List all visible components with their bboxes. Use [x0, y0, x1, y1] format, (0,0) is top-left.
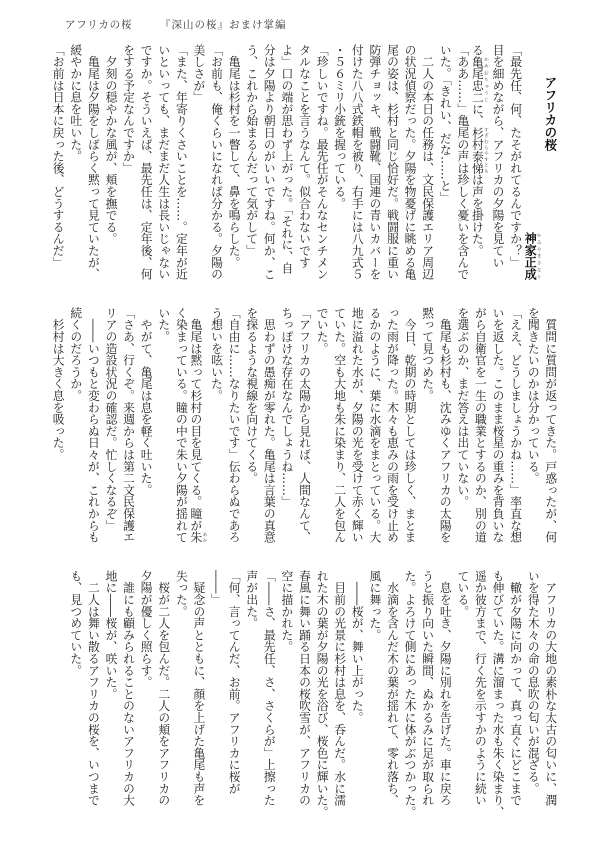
text-column: った雨が降った。木々も恵みの雨を受け止め [383, 307, 401, 543]
text-column: ていた。空も大地も朱に染まり、二人を包ん [330, 307, 348, 543]
author-name-reading: かみやまさなり [536, 232, 541, 280]
text-column: 質問に質問が返ってきた。戸惑ったが、何 [541, 307, 559, 543]
text-column: いといっても、まだまだ人生は長いじゃない [154, 44, 172, 280]
text-column: 防弾チョッキ、戦闘靴、国連の青いカバーを [365, 44, 383, 280]
text-column: も伸びていた。溝に溜まった水も朱く染まり、 [488, 570, 506, 806]
ruby-annotated-word: 亀尾忠二かめおちゅうじ [470, 56, 484, 103]
text-column: をする予定なんですか」 [119, 44, 137, 280]
text-column: 夕陽が優しく照らす。 [137, 570, 155, 806]
tier-bottom-columns: アフリカの大地の素朴な太古の匂いに、潤いを得た木々の命の息吹の匂いが混ざる。 轍… [66, 570, 559, 806]
text-column: 「自由に……なりたいです」伝わらぬであろ [225, 307, 243, 543]
text-column: いた。「きれい、だな……と」 [436, 44, 454, 280]
text-column: 失った。 [172, 570, 190, 806]
text-column: ――桜が、舞い上がった。 [348, 570, 366, 806]
text-column: 「――さ、最先任、さ、さくらが」上擦った [260, 570, 278, 806]
text-column: 美しさが」 [189, 44, 207, 280]
text-column: 水滴を含んだ木の葉が揺れて、零れ落ち、 [383, 570, 401, 806]
text-column: タルなことを言うなんて。似合わないです [295, 44, 313, 280]
text-column: 「何、言ってんだ、お前。アフリカに桜が [225, 570, 243, 806]
text-column: 空に描かれた。 [277, 570, 295, 806]
ruby-reading: かめおちゅうじ [483, 56, 488, 103]
text-column: 風に舞った。 [365, 570, 383, 806]
ruby-base: 朱 [189, 531, 203, 543]
ruby-annotated-word: 杉村泰悌すぎむらやすとも [470, 127, 484, 174]
text-column: も、見つめていた。 [66, 570, 84, 806]
text-tier-bottom: アフリカの大地の素朴な太古の匂いに、潤いを得た木々の命の息吹の匂いが混ざる。 轍… [66, 570, 559, 806]
text-column: く染まっている。瞳の中で朱い夕陽が揺れて [172, 307, 190, 543]
running-header-title: アフリカの桜 [65, 18, 132, 32]
text-column: 遥か彼方まで、行く先を示すかのように続い [471, 570, 489, 806]
text-column: 春風に舞い踊る日本の桜吹雪が、アフリカの [295, 570, 313, 806]
text-column: ・５６ミリ小銃を握っている。 [330, 44, 348, 280]
text-column: いた。 [154, 307, 172, 543]
text-column: を探るような視線を向けてくる。 [242, 307, 260, 543]
text-column: 桜が二人を包んだ。二人の頬をアフリカの [154, 570, 172, 806]
text-column: 黙って見つめた。 [418, 307, 436, 543]
text-column: 「最先任、何、たそがれてるんですか？」 [506, 44, 524, 280]
ruby-reading: あか [202, 531, 207, 543]
author-byline: 神家正成かみやまさなり [524, 44, 542, 280]
text-column: う想いを呟いた。 [207, 307, 225, 543]
text-column: 二人の本日の任務は、文民保護エリア周辺 [418, 44, 436, 280]
text-column: でいた。 [313, 307, 331, 543]
text-column: 杉村は大きく息を吸った。 [49, 307, 67, 543]
text-column: 疑念の声とともに、顔を上げた亀尾も声を [189, 570, 207, 806]
text-column: 「さあ、行くぞ。来週からは第二文民保護エ [119, 307, 137, 543]
text-column: やがて、亀尾は息を軽く吐いた。 [137, 307, 155, 543]
text-tier-top: アフリカの桜 神家正成かみやまさなり 「最先任、何、たそがれてるんですか？」目を… [49, 44, 559, 280]
text-column: 「アフリカの太陽から見れば、人間なんて、 [295, 307, 313, 543]
text-column: ですか。そういえば、最先任は、定年後、何 [137, 44, 155, 280]
text-column: ている。 [453, 570, 471, 806]
text-column: るかのように、葉に水滴をまとっている。大 [365, 307, 383, 543]
text-column: 付けた八八式鉄帽を被り、右手には八九式５ [348, 44, 366, 280]
text-column: 「お前も、俺くらいになれば分かる。夕陽の [207, 44, 225, 280]
text-segment: に、 [470, 103, 484, 127]
text-column: 今日、乾期の時期としては珍しく、まとま [400, 307, 418, 543]
ruby-annotated-word: 朱あか [189, 531, 203, 543]
text-column: ――いつもと変わらぬ日々が、これからも [84, 307, 102, 543]
text-column: 尾の姿は、杉村と同じ恰好だ。戦闘服に重い [383, 44, 401, 280]
text-column: 「お前は日本に戻った後、どうするんだ」 [49, 44, 67, 280]
text-column: の状況偵察だった。夕陽を物憂げに眺める亀 [400, 44, 418, 280]
tier-middle-columns: 質問に質問が返ってきた。戸惑ったが、何を聞きたいのかは分かっている。「ええ、どう… [49, 307, 559, 543]
text-column: う、これから始まるんだって気がして」 [242, 44, 260, 280]
text-column: 「珍しいですね。最先任がそんなセンチメン [313, 44, 331, 280]
text-column: よ」口の端が思わず上がった。「それに、自 [277, 44, 295, 280]
text-column: 「ああ……」亀尾の声は珍しく憂いを含んで [453, 44, 471, 280]
text-column: 思わずの愚痴が零れた。亀尾は言葉の真意 [260, 307, 278, 543]
text-column: 続くのだろうか。 [66, 307, 84, 543]
text-column: 「ええ、どうしましょうかね……」率直な想 [506, 307, 524, 543]
text-column: いを返した。このまま桜星の重みを背負いな [488, 307, 506, 543]
text-column: 亀尾も杉村も、沈みゆくアフリカの太陽を [436, 307, 454, 543]
text-column: 声が出た。 [242, 570, 260, 806]
text-column: リアの造設状況の確認だ。忙しくなるぞ」 [101, 307, 119, 543]
text-column: を選ぶのか、まだ答えは出ていない。 [453, 307, 471, 543]
running-header-subtitle: 『深山の桜』おまけ掌編 [160, 18, 287, 32]
text-column: ちっぽけな存在なんでしょうね……」 [277, 307, 295, 543]
text-column: いを得た木々の命の息吹の匂いが混ざる。 [524, 570, 542, 806]
text-column: 分は夕陽より朝日のがいいですね。何か、こ [260, 44, 278, 280]
text-column: 「また、年寄りくさいことを……。定年が近 [172, 44, 190, 280]
text-segment: 亀尾は黙って杉村の目を見てくる。瞳が [189, 307, 203, 531]
text-column: 緩やかに息を吐いた。 [66, 44, 84, 280]
text-column: 亀尾は杉村を一瞥して、鼻を鳴らした。 [225, 44, 243, 280]
tier-top-columns: 「最先任、何、たそがれてるんですか？」目を細めながら、アフリカの夕陽を見ている亀… [49, 44, 524, 280]
text-column: 誰にも顧みられることのないアフリカの大 [119, 570, 137, 806]
text-column: 二人は舞い散るアフリカの桜を、いつまで [84, 570, 102, 806]
text-column: る亀尾忠二かめおちゅうじに、杉村泰悌すぎむらやすともは声を掛けた。 [471, 44, 489, 280]
text-column: うと振り向いた瞬間、ぬかるみに足が取られ [418, 570, 436, 806]
text-column: 轍が夕陽に向かって、真っ直ぐにどこまで [506, 570, 524, 806]
text-column: 地に溢れた水が、夕陽の光を受けて赤く輝い [348, 307, 366, 543]
text-column: た。よろけて側にあった木に体がぶつかった。 [400, 570, 418, 806]
author-name: 神家正成かみやまさなり [523, 232, 537, 280]
ruby-reading: すぎむらやすとも [483, 127, 488, 174]
text-column: アフリカの大地の素朴な太古の匂いに、潤 [541, 570, 559, 806]
text-tier-middle: 質問に質問が返ってきた。戸惑ったが、何を聞きたいのかは分かっている。「ええ、どう… [49, 307, 559, 543]
text-column: 地に――桜が、咲いた。 [101, 570, 119, 806]
text-segment: は声を掛けた。 [470, 174, 484, 257]
text-column: 亀尾は夕陽をしばらく黙って見ていたが、 [84, 44, 102, 280]
text-column: がら自衛官を一生の職業とするのか、別の道 [471, 307, 489, 543]
story-title: アフリカの桜 [541, 44, 559, 280]
text-column: 亀尾は黙って杉村の目を見てくる。瞳が朱あか [189, 307, 207, 543]
text-column: 目を細めながら、アフリカの夕陽を見てい [488, 44, 506, 280]
text-column: を聞きたいのかは分かっている。 [524, 307, 542, 543]
text-column: 息を吐き、夕陽に別れを告げた。車に戻ろ [436, 570, 454, 806]
text-column: ――」 [207, 570, 225, 806]
text-column: れた木の葉が夕陽の光を浴び、桜色に輝いた。 [313, 570, 331, 806]
text-segment: る [470, 44, 484, 56]
text-column: 目前の光景に杉村は息を、呑んだ。水に濡 [330, 570, 348, 806]
text-column: 夕刻の穏やかな風が、頬を撫でる。 [101, 44, 119, 280]
